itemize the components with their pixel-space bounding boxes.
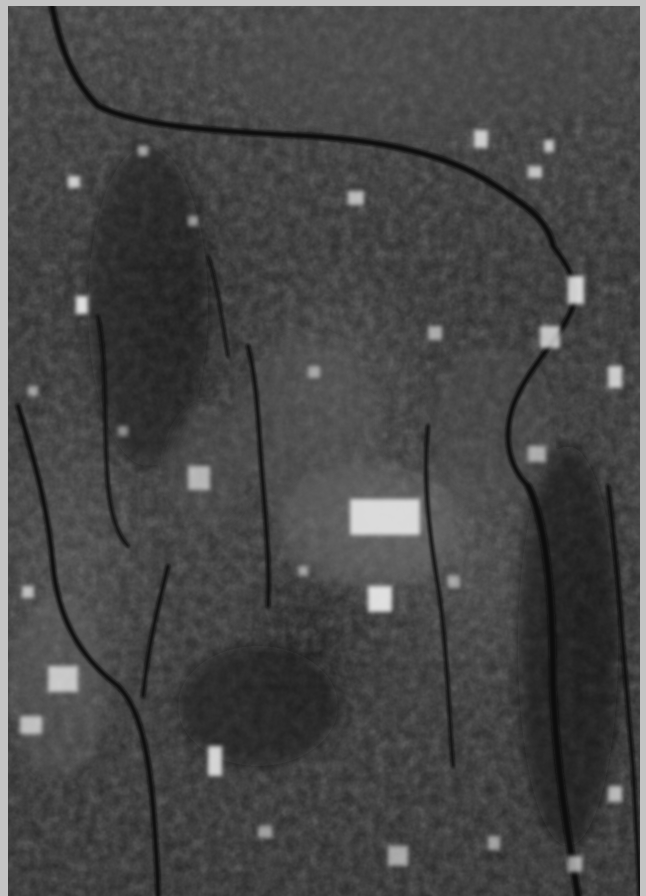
rock-texture-graphic (8, 6, 640, 896)
rock-texture-photo (8, 6, 640, 896)
image-frame (0, 0, 646, 896)
